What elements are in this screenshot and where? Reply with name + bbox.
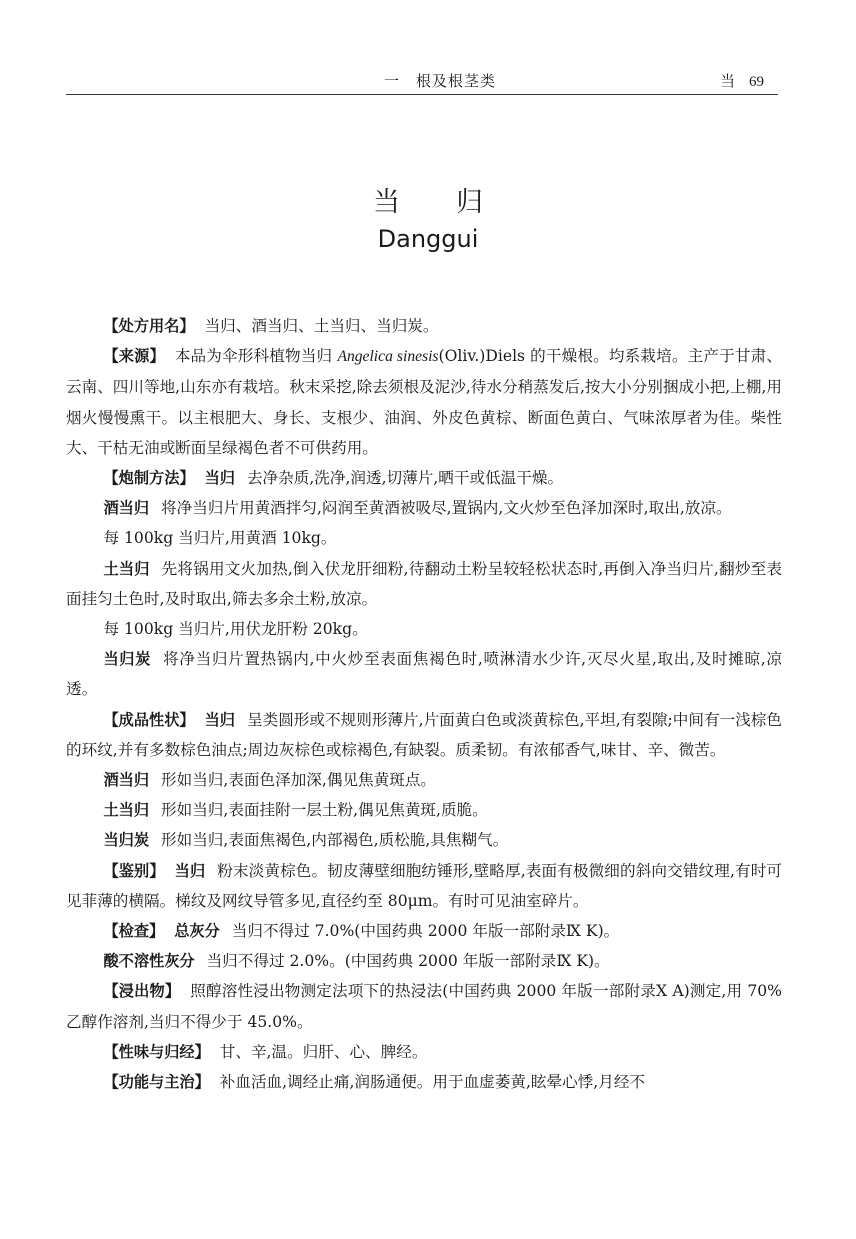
section-text: 补血活血,调经止痛,润肠通便。用于血虚萎黄,眩晕心悸,月经不 (220, 1073, 645, 1091)
item-text: 当归不得过 2.0%。(中国药典 2000 年版一部附录Ⅸ K)。 (207, 952, 610, 970)
item-name: 当归 (175, 862, 206, 880)
trait-item: 土当归形如当归,表面挂附一层土粉,偶见焦黄斑,质脆。 (66, 795, 782, 825)
monograph-body: 【处方用名】当归、酒当归、土当归、当归炭。 【来源】本品为伞形科植物当归 Ang… (66, 311, 782, 1097)
section-source: 【来源】本品为伞形科植物当归 Angelica sinesis(Oliv.)Di… (66, 341, 782, 463)
section-label: 【处方用名】 (103, 317, 194, 335)
running-head-char: 当 (720, 72, 735, 90)
section-prescription-names: 【处方用名】当归、酒当归、土当归、当归炭。 (66, 311, 782, 341)
section-label: 【成品性状】 (103, 711, 194, 729)
section-function-indication: 【功能与主治】补血活血,调经止痛,润肠通便。用于血虚萎黄,眩晕心悸,月经不 (66, 1067, 782, 1097)
section-title: 根及根茎类 (416, 72, 496, 90)
processing-item: 酒当归将净当归片用黄酒拌匀,闷润至黄酒被吸尽,置锅内,文火炒至色泽加深时,取出,… (66, 493, 782, 523)
item-name: 土当归 (103, 801, 149, 819)
running-head-right: 当69 (720, 70, 764, 91)
item-text: 当归不得过 7.0%(中国药典 2000 年版一部附录Ⅸ K)。 (232, 922, 620, 940)
section-label: 【浸出物】 (103, 982, 180, 1000)
section-label: 【检查】 (103, 922, 164, 940)
item-name: 当归 (205, 469, 235, 487)
page-title: 当归 (0, 180, 856, 219)
section-label: 【鉴别】 (103, 862, 164, 880)
processing-item: 土当归先将锅用文火加热,倒入伏龙肝细粉,待翻动土粉呈较轻松状态时,再倒入净当归片… (66, 554, 782, 614)
trait-item: 当归炭形如当归,表面焦褐色,内部褐色,质松脆,具焦糊气。 (66, 825, 782, 855)
section-text: 当归、酒当归、土当归、当归炭。 (205, 317, 439, 335)
item-name: 酒当归 (103, 499, 149, 517)
item-text: 将净当归片用黄酒拌匀,闷润至黄酒被吸尽,置锅内,文火炒至色泽加深时,取出,放凉。 (161, 499, 732, 517)
trait-item: 酒当归形如当归,表面色泽加深,偶见焦黄斑点。 (66, 765, 782, 795)
item-name: 土当归 (103, 560, 149, 578)
item-text: 形如当归,表面挂附一层土粉,偶见焦黄斑,质脆。 (161, 801, 488, 819)
item-name: 当归炭 (103, 650, 151, 668)
latin-name: Angelica sinesis (337, 348, 438, 365)
section-text: 粉末淡黄棕色。韧皮薄壁细胞纺锤形,壁略厚,表面有极微细的斜向交错纹理,有时可见菲… (66, 862, 782, 910)
section-nature-meridian: 【性味与归经】甘、辛,温。归肝、心、脾经。 (66, 1037, 782, 1067)
section-dash: 一 (384, 72, 400, 90)
item-name: 酸不溶性灰分 (103, 952, 194, 970)
page-title-pinyin: Danggui (0, 225, 856, 253)
running-head-section: 一根及根茎类 (384, 70, 496, 91)
processing-note: 每 100kg 当归片,用黄酒 10kg。 (66, 523, 782, 553)
section-processing: 【炮制方法】当归去净杂质,洗净,润透,切薄片,晒干或低温干燥。 (66, 463, 782, 493)
page-number: 69 (749, 74, 764, 90)
section-label: 【功能与主治】 (103, 1073, 209, 1091)
item-text: 先将锅用文火加热,倒入伏龙肝细粉,待翻动土粉呈较轻松状态时,再倒入净当归片,翻炒… (66, 560, 782, 608)
item-text: 形如当归,表面色泽加深,偶见焦黄斑点。 (161, 771, 436, 789)
section-identification: 【鉴别】当归粉末淡黄棕色。韧皮薄壁细胞纺锤形,壁略厚,表面有极微细的斜向交错纹理… (66, 856, 782, 916)
processing-item: 当归炭将净当归片置热锅内,中火炒至表面焦褐色时,喷淋清水少许,灭尽火星,取出,及… (66, 644, 782, 704)
processing-note: 每 100kg 当归片,用伏龙肝粉 20kg。 (66, 614, 782, 644)
item-text: 去净杂质,洗净,润透,切薄片,晒干或低温干燥。 (247, 469, 563, 487)
item-text: 将净当归片置热锅内,中火炒至表面焦褐色时,喷淋清水少许,灭尽火星,取出,及时摊晾… (66, 650, 782, 698)
item-text: 形如当归,表面焦褐色,内部褐色,质松脆,具焦糊气。 (161, 831, 508, 849)
section-label: 【炮制方法】 (103, 469, 194, 487)
item-name: 酒当归 (103, 771, 149, 789)
inspection-item: 酸不溶性灰分当归不得过 2.0%。(中国药典 2000 年版一部附录Ⅸ K)。 (66, 946, 782, 976)
section-label: 【性味与归经】 (103, 1043, 209, 1061)
item-name: 当归炭 (103, 831, 149, 849)
running-head: 一根及根茎类 当69 (66, 66, 778, 95)
item-name: 当归 (205, 711, 235, 729)
section-text: 甘、辛,温。归肝、心、脾经。 (220, 1043, 428, 1061)
section-label: 【来源】 (103, 347, 164, 365)
section-product-traits: 【成品性状】当归呈类圆形或不规则形薄片,片面黄白色或淡黄棕色,平坦,有裂隙;中间… (66, 705, 782, 765)
section-text: 本品为伞形科植物当归 (175, 347, 333, 365)
item-name: 总灰分 (174, 922, 220, 940)
section-extract: 【浸出物】照醇溶性浸出物测定法项下的热浸法(中国药典 2000 年版一部附录Ⅹ … (66, 976, 782, 1036)
section-inspection: 【检查】总灰分当归不得过 7.0%(中国药典 2000 年版一部附录Ⅸ K)。 (66, 916, 782, 946)
